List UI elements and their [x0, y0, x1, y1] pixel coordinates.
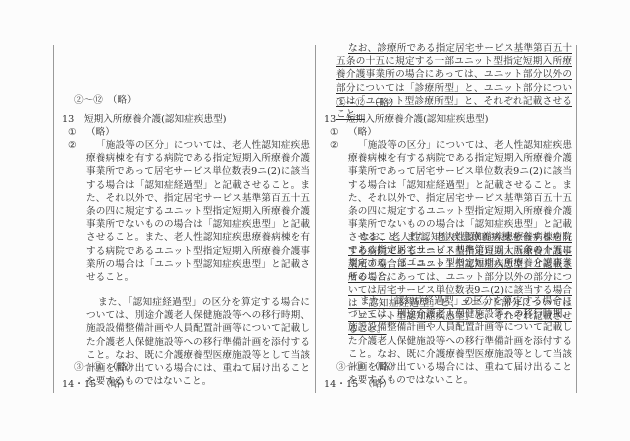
footer-14-15: 14・15 （略）	[324, 378, 392, 391]
omit-3-11: ③～⑪ （略）	[336, 361, 399, 374]
item-1: ① （略）	[324, 126, 572, 139]
item-1-text: （略）	[348, 126, 572, 139]
item-2-number: ②	[324, 139, 348, 284]
section-13-heading: 13 短期入所療養介護(認知症疾患型)	[324, 113, 489, 126]
left-border	[53, 45, 54, 393]
item-1: ① （略）	[62, 126, 310, 139]
omit-2-12: ②～⑫ （略）	[74, 94, 137, 107]
item-2: ② 「施設等の区分」については、老人性認知症疾患療養病棟を有する病院である指定短…	[62, 139, 310, 284]
omit-3-11: ③～⑪ （略）	[74, 361, 137, 374]
column-divider	[315, 45, 316, 393]
item-1-number: ①	[62, 126, 86, 139]
right-border	[576, 45, 577, 393]
item-2-number: ②	[62, 139, 86, 284]
item-2-text: 「施設等の区分」については、老人性認知症疾患療養病棟を有する病院である指定短期入…	[86, 139, 310, 284]
footer-14-15: 14・15 （略）	[62, 378, 130, 391]
omit-2-12: ②～⑫ （略）	[336, 97, 399, 110]
item-1-text: （略）	[86, 126, 310, 139]
item-1-number: ①	[324, 126, 348, 139]
section-13-heading: 13 短期入所療養介護(認知症疾患型)	[62, 113, 227, 126]
keika-paragraph: また、「認知症経過型」の区分を算定する場合については、別途介護老人保健施設等への…	[86, 296, 310, 388]
